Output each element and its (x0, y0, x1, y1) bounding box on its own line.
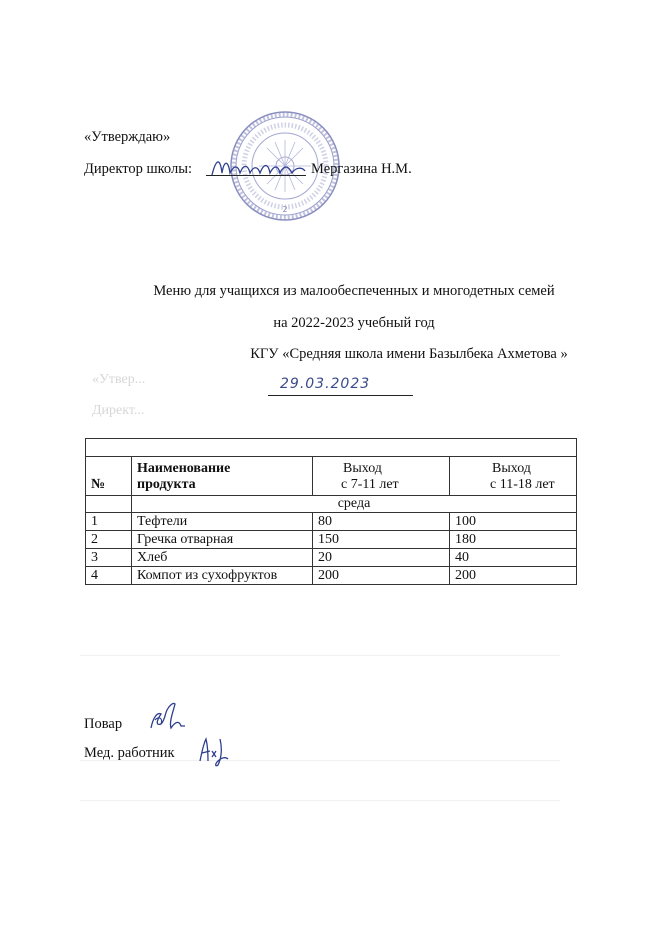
row-yield-11-18: 40 (450, 549, 577, 567)
row-number: 4 (86, 567, 132, 585)
header-product: Наименование продукта (132, 457, 313, 496)
scan-artifact (80, 800, 560, 801)
table-header-row: № Наименование продукта Выход с 7-11 лет… (86, 457, 577, 496)
row-yield-11-18: 180 (450, 531, 577, 549)
school-year: на 2022-2023 учебный год (30, 315, 648, 332)
row-yield-7-11: 80 (313, 513, 450, 531)
row-product: Хлеб (132, 549, 313, 567)
menu-table: № Наименование продукта Выход с 7-11 лет… (85, 438, 577, 585)
header-yield-11-18-line1: Выход (490, 461, 571, 477)
header-yield-7-11: Выход с 7-11 лет (313, 457, 450, 496)
table-row: 1Тефтели80100 (86, 513, 577, 531)
table-day-row: среда (86, 496, 577, 513)
school-name: КГУ «Средняя школа имени Базылбека Ахмет… (85, 346, 648, 363)
row-product: Тефтели (132, 513, 313, 531)
row-product: Гречка отварная (132, 531, 313, 549)
ghost-text: Директ... (92, 403, 144, 419)
document-title: Меню для учащихся из малообеспеченных и … (30, 283, 648, 300)
header-yield-7-11-line1: Выход (341, 461, 444, 477)
header-product-line2: продукта (137, 477, 307, 493)
header-yield-11-18: Выход с 11-18 лет (450, 457, 577, 496)
row-yield-7-11: 150 (313, 531, 450, 549)
director-name: Мергазина Н.М. (311, 161, 412, 178)
row-product: Компот из сухофруктов (132, 567, 313, 585)
cook-label: Повар (84, 716, 122, 733)
approval-heading: «Утверждаю» (84, 129, 170, 146)
blank-cell (86, 439, 577, 457)
medical-worker-label: Мед. работник (84, 745, 175, 762)
day-number-cell (86, 496, 132, 513)
row-yield-11-18: 200 (450, 567, 577, 585)
director-signature-icon (208, 155, 308, 179)
header-number: № (86, 457, 132, 496)
medical-worker-signature-icon (196, 735, 234, 769)
svg-text:2: 2 (282, 205, 287, 214)
scan-artifact (80, 655, 560, 656)
date-field: 29.03.2023 (268, 376, 413, 396)
table-blank-row (86, 439, 577, 457)
row-yield-7-11: 200 (313, 567, 450, 585)
row-yield-11-18: 100 (450, 513, 577, 531)
header-product-line1: Наименование (137, 461, 307, 477)
table-row: 4Компот из сухофруктов200200 (86, 567, 577, 585)
row-number: 2 (86, 531, 132, 549)
director-label: Директор школы: (84, 161, 192, 178)
ghost-text: «Утвер... (92, 372, 145, 388)
row-number: 1 (86, 513, 132, 531)
row-number: 3 (86, 549, 132, 567)
row-yield-7-11: 20 (313, 549, 450, 567)
table-row: 3Хлеб2040 (86, 549, 577, 567)
header-yield-11-18-line2: с 11-18 лет (490, 477, 571, 493)
table-row: 2Гречка отварная150180 (86, 531, 577, 549)
handwritten-date: 29.03.2023 (280, 376, 370, 392)
header-yield-7-11-line2: с 7-11 лет (341, 477, 444, 493)
cook-signature-icon (147, 700, 187, 734)
day-label: среда (132, 496, 577, 513)
